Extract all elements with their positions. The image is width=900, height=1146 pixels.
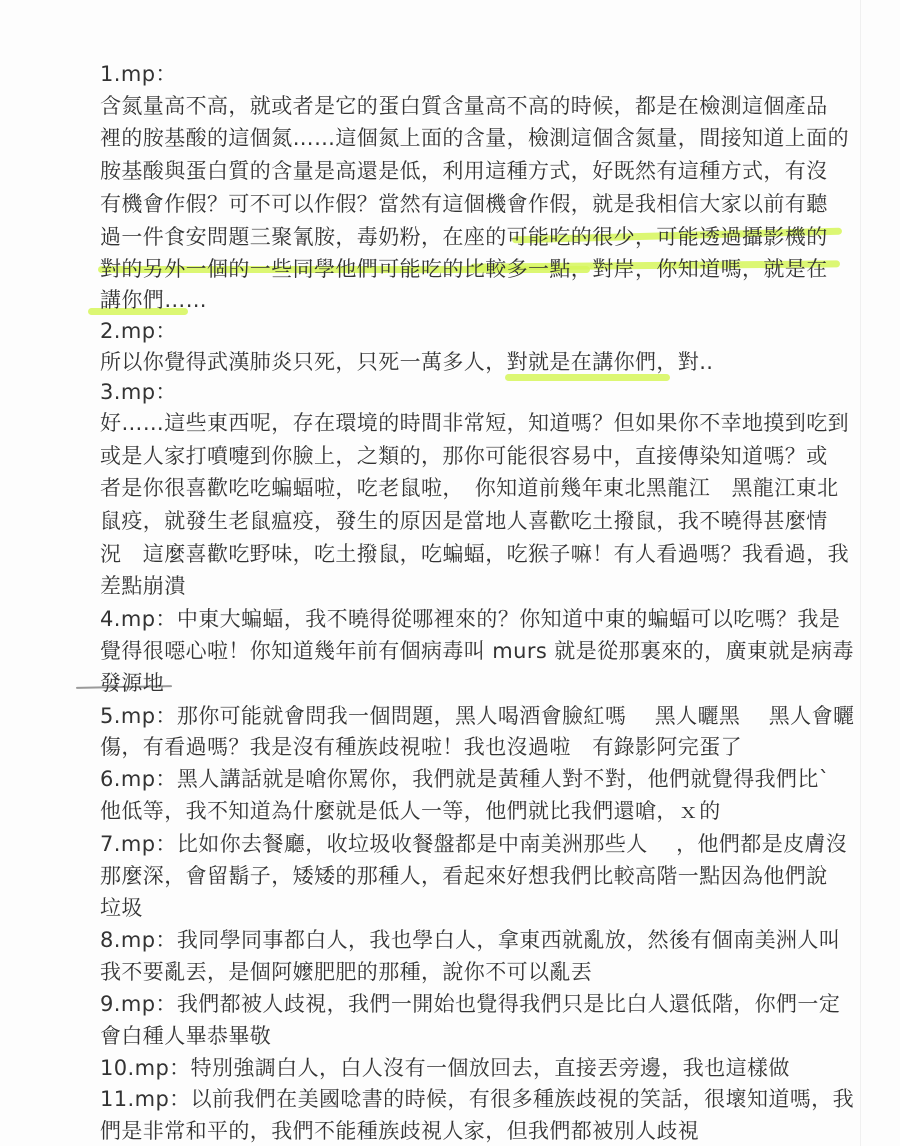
section-5: 5.mp：那你可能就會問我一個問題，黑人喝酒會臉紅嗎 黑人曬黑 黑人會曬 <box>100 702 854 730</box>
text-line: 差點崩潰 <box>100 572 186 600</box>
section-heading-2: 2.mp： <box>100 317 177 345</box>
text-line: 過一件食安問題三聚氰胺，毒奶粉，在座的可能吃的很少，可能透過攝影機的 <box>100 223 828 251</box>
text-line: 好……這些東西呢，存在環境的時間非常短，知道嗎？但如果你不幸地摸到吃到 <box>100 409 849 437</box>
text-line: 或是人家打噴嚏到你臉上，之類的，那你可能很容易中，直接傳染知道嗎？或 <box>100 442 828 470</box>
text-line: 胺基酸與蛋白質的含量是高還是低，利用這種方式，好既然有這種方式，有沒 <box>100 157 828 185</box>
section-9: 9.mp：我們都被人歧視，我們一開始也覺得我們只是比白人還低階，你們一定 <box>100 990 840 1018</box>
section-6: 6.mp：黑人講話就是嗆你罵你，我們就是黃種人對不對，他們就覺得我們比` <box>100 765 830 793</box>
text-line: 他低等，我不知道為什麼就是低人一等，他們就比我們還嗆，ｘ的 <box>100 797 721 825</box>
section-10: 10.mp：特別強調白人，白人沒有一個放回去，直接丟旁邊，我也這樣做 <box>100 1054 790 1082</box>
text-line: 含氮量高不高，就或者是它的蛋白質含量高不高的時候，都是在檢測這個產品 <box>100 92 828 120</box>
text-line: 們是非常和平的，我們不能種族歧視人家，但我們都被別人歧視 <box>100 1117 699 1145</box>
text-line: 對的另外一個的一些同學他們可能吃的比較多一點，對岸，你知道嗎，就是在 <box>100 255 828 283</box>
scan-edge-line <box>860 0 861 1146</box>
text-line: 所以你覺得武漢肺炎只死，只死一萬多人，對就是在講你們，對.. <box>100 348 713 376</box>
text-line: 講你們…… <box>100 286 207 314</box>
section-heading-3: 3.mp： <box>100 378 177 406</box>
scanned-document-page: 1.mp： 含氮量高不高，就或者是它的蛋白質含量高不高的時候，都是在檢測這個產品… <box>0 0 900 1146</box>
text-line: 有機會作假？可不可以作假？當然有這個機會作假，就是我相信大家以前有聽 <box>100 190 828 218</box>
text-line: 那麼深，會留鬍子，矮矮的那種人，看起來好想我們比較高階一點因為他們說 <box>100 862 828 890</box>
section-4: 4.mp：中東大蝙蝠，我不曉得從哪裡來的？你知道中東的蝙蝠可以吃嗎？我是 <box>100 605 840 633</box>
text-line: 我不要亂丟，是個阿嬤肥肥的那種，說你不可以亂丟 <box>100 958 592 986</box>
text-line: 覺得很噁心啦！你知道幾年前有個病毒叫 murs 就是從那裏來的，廣東就是病毒 <box>100 637 854 665</box>
text-line: 者是你很喜歡吃吃蝙蝠啦，吃老鼠啦， 你知道前幾年東北黑龍江 黑龍江東北 <box>100 474 839 502</box>
text-line: 況 這麼喜歡吃野味，吃土撥鼠，吃蝙蝠，吃猴子嘛！有人看過嗎？我看過，我 <box>100 540 849 568</box>
section-11: 11.mp：以前我們在美國唸書的時候，有很多種族歧視的笑話，很壞知道嗎，我 <box>100 1085 854 1113</box>
text-line: 垃圾 <box>100 894 143 922</box>
text-line: 鼠疫，就發生老鼠瘟疫，發生的原因是當地人喜歡吃土撥鼠，我不曉得甚麼情 <box>100 507 828 535</box>
text-line: 傷，有看過嗎？我是沒有種族歧視啦！我也沒過啦 有錄影阿完蛋了 <box>100 733 742 761</box>
section-heading-1: 1.mp： <box>100 60 177 88</box>
section-8: 8.mp：我同學同事都白人，我也學白人，拿東西就亂放，然後有個南美洲人叫 <box>100 926 840 954</box>
text-line: 會白種人畢恭畢敬 <box>100 1022 271 1050</box>
text-line: 裡的胺基酸的這個氮……這個氮上面的含量，檢測這個含氮量，間接知道上面的 <box>100 124 849 152</box>
section-7: 7.mp：比如你去餐廳，收垃圾收餐盤都是中南美洲那些人 ，他們都是皮膚沒 <box>100 830 847 858</box>
text-line: 發源地 <box>100 669 164 697</box>
